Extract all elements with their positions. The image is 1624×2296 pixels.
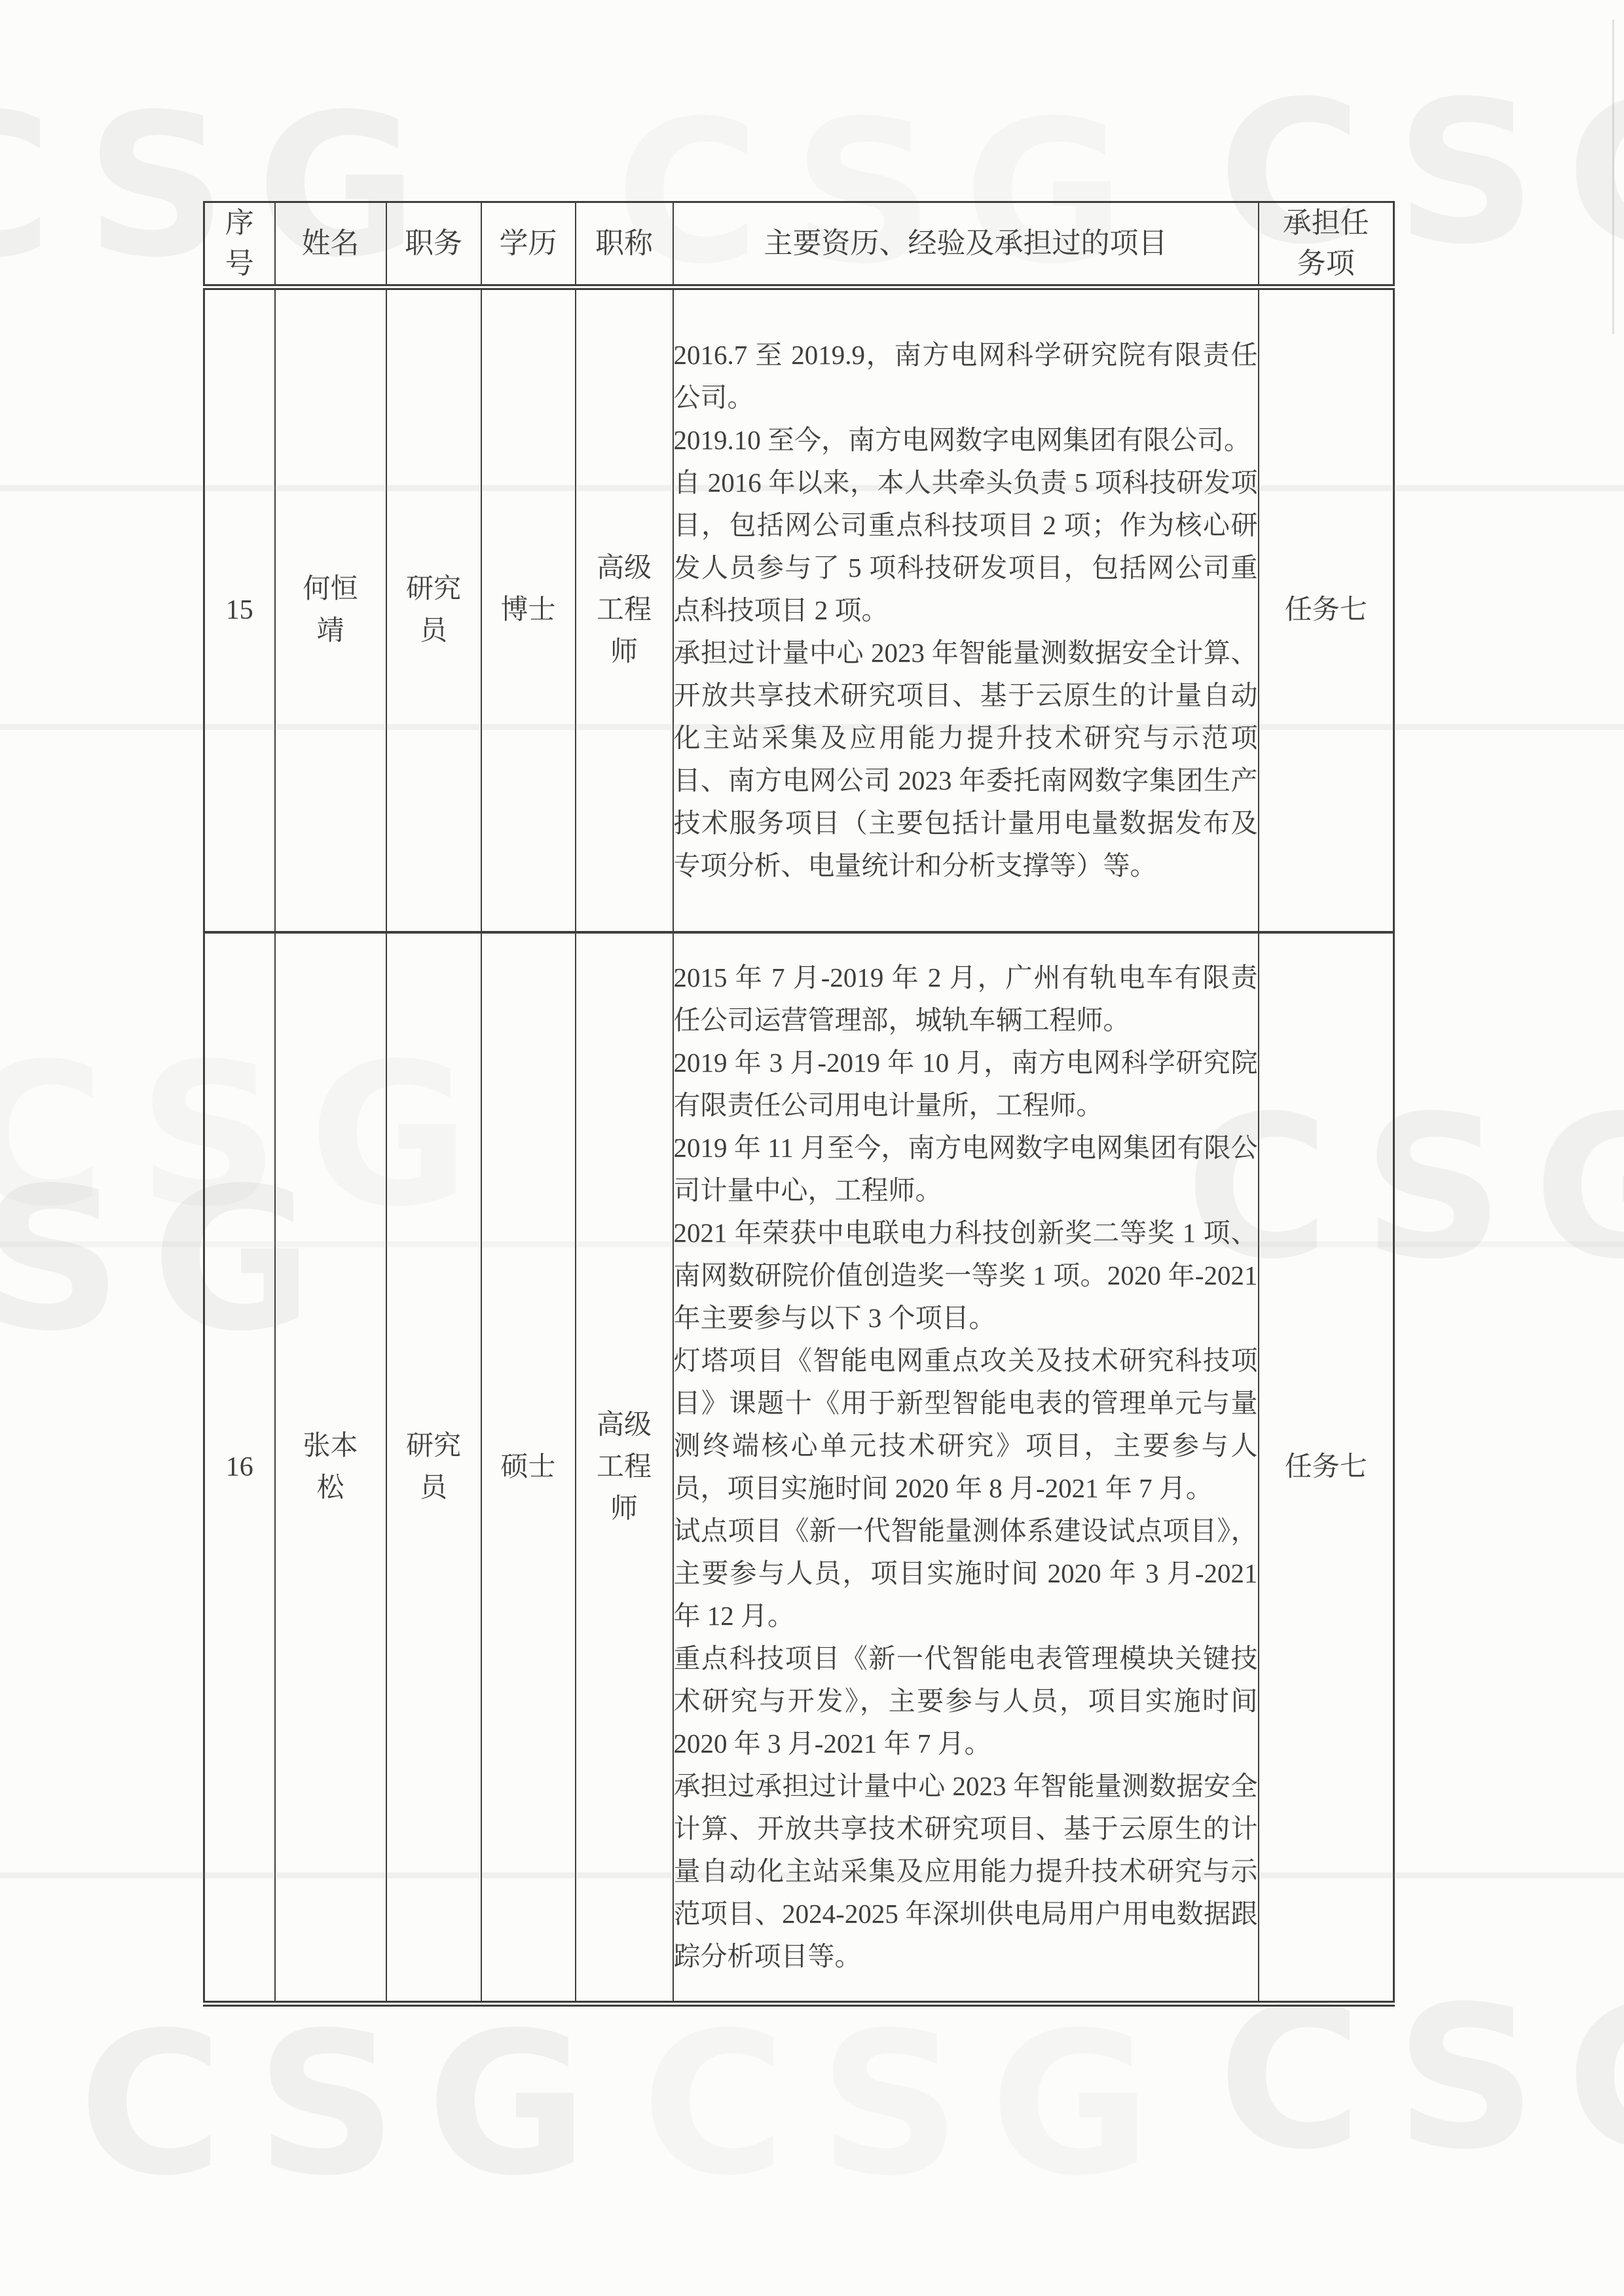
task-label: 任务七 bbox=[1285, 1452, 1367, 1482]
person-title: 高级工程师 bbox=[595, 1404, 653, 1530]
cell-education: 硕士 bbox=[481, 932, 576, 2004]
person-position: 研究员 bbox=[405, 568, 462, 652]
header-row: 序号 姓名 职务 学历 职称 主要资历、经验及承担过的项目 承担任务项 bbox=[204, 202, 1394, 287]
person-position: 研究员 bbox=[405, 1425, 462, 1509]
header-experience-label: 主要资历、经验及承担过的项目 bbox=[764, 227, 1168, 259]
header-education-label: 学历 bbox=[500, 227, 557, 259]
cell-experience: 2015 年 7 月-2019 年 2 月，广州有轨电车有限责任公司运营管理部，… bbox=[673, 932, 1259, 2004]
experience-paragraph: 承担过计量中心 2023 年智能量测数据安全计算、开放共享技术研究项目、基于云原… bbox=[674, 632, 1258, 887]
row-index: 16 bbox=[226, 1452, 253, 1482]
header-task-label: 承担任务项 bbox=[1280, 203, 1372, 284]
experience-paragraph: 承担过承担过计量中心 2023 年智能量测数据安全计算、开放共享技术研究项目、基… bbox=[674, 1765, 1258, 1978]
header-cell-title: 职称 bbox=[576, 202, 673, 287]
table-row-15: 15 何恒靖 研究员 博士 高级工程师 2016.7 至 2019.9，南方电网… bbox=[204, 287, 1394, 932]
header-cell-position: 职务 bbox=[386, 202, 481, 287]
experience-paragraph: 2016.7 至 2019.9，南方电网科学研究院有限责任公司。 bbox=[674, 334, 1258, 419]
cell-title: 高级工程师 bbox=[576, 932, 673, 2004]
header-name-label: 姓名 bbox=[302, 227, 360, 259]
header-index-label: 序号 bbox=[224, 203, 255, 284]
header-cell-task: 承担任务项 bbox=[1259, 202, 1394, 287]
csg-watermark: CSG bbox=[79, 1990, 618, 2219]
table-row-16: 16 张本松 研究员 硕士 高级工程师 2015 年 7 月-2019 年 2 … bbox=[204, 932, 1394, 2004]
cell-index: 16 bbox=[204, 932, 275, 2004]
csg-watermark: CSG bbox=[642, 1990, 1181, 2219]
cell-title: 高级工程师 bbox=[576, 287, 673, 932]
document-page: CSG CSG CSG CSG CSG CSG CSG CSG CSG 序号 姓… bbox=[0, 0, 1624, 2296]
header-cell-experience: 主要资历、经验及承担过的项目 bbox=[673, 202, 1259, 287]
cell-experience: 2016.7 至 2019.9，南方电网科学研究院有限责任公司。 2019.10… bbox=[673, 287, 1259, 932]
cell-position: 研究员 bbox=[386, 287, 481, 932]
header-cell-index: 序号 bbox=[204, 202, 275, 287]
header-cell-name: 姓名 bbox=[275, 202, 386, 287]
cell-position: 研究员 bbox=[386, 932, 481, 2004]
person-education: 硕士 bbox=[500, 1446, 557, 1488]
cell-education: 博士 bbox=[481, 287, 576, 932]
row-index: 15 bbox=[226, 595, 253, 625]
experience-paragraph: 自 2016 年以来，本人共牵头负责 5 项科技研发项目，包括网公司重点科技项目… bbox=[674, 462, 1258, 632]
personnel-table: 序号 姓名 职务 学历 职称 主要资历、经验及承担过的项目 承担任务项 15 何… bbox=[203, 201, 1395, 2007]
experience-paragraph: 试点项目《新一代智能量测体系建设试点项目》，主要参与人员，项目实施时间 2020… bbox=[674, 1510, 1258, 1637]
person-name: 何恒靖 bbox=[302, 568, 360, 652]
header-title-label: 职称 bbox=[595, 227, 653, 259]
header-position-label: 职务 bbox=[405, 227, 462, 259]
person-education: 博士 bbox=[500, 589, 557, 631]
experience-paragraph: 重点科技项目《新一代智能电表管理模块关键技术研究与开发》，主要参与人员，项目实施… bbox=[674, 1637, 1258, 1765]
experience-paragraph: 灯塔项目《智能电网重点攻关及技术研究科技项目》课题十《用于新型智能电表的管理单元… bbox=[674, 1339, 1258, 1510]
experience-paragraph: 2015 年 7 月-2019 年 2 月，广州有轨电车有限责任公司运营管理部，… bbox=[674, 957, 1258, 1042]
cell-index: 15 bbox=[204, 287, 275, 932]
experience-paragraph: 2019 年 3 月-2019 年 10 月，南方电网科学研究院有限责任公司用电… bbox=[674, 1042, 1258, 1127]
header-cell-education: 学历 bbox=[481, 202, 576, 287]
cell-task: 任务七 bbox=[1259, 287, 1394, 932]
scan-edge-artifact bbox=[1612, 20, 1614, 334]
experience-paragraph: 2019.10 至今，南方电网数字电网集团有限公司。 bbox=[674, 419, 1258, 462]
experience-paragraph: 2021 年荣获中电联电力科技创新奖二等奖 1 项、南网数研院价值创造奖一等奖 … bbox=[674, 1212, 1258, 1339]
cell-name: 张本松 bbox=[275, 932, 386, 2004]
person-name: 张本松 bbox=[302, 1425, 360, 1509]
task-label: 任务七 bbox=[1285, 595, 1367, 625]
cell-name: 何恒靖 bbox=[275, 287, 386, 932]
experience-paragraph: 2019 年 11 月至今，南方电网数字电网集团有限公司计量中心，工程师。 bbox=[674, 1127, 1258, 1212]
cell-task: 任务七 bbox=[1259, 932, 1394, 2004]
person-title: 高级工程师 bbox=[595, 547, 653, 673]
